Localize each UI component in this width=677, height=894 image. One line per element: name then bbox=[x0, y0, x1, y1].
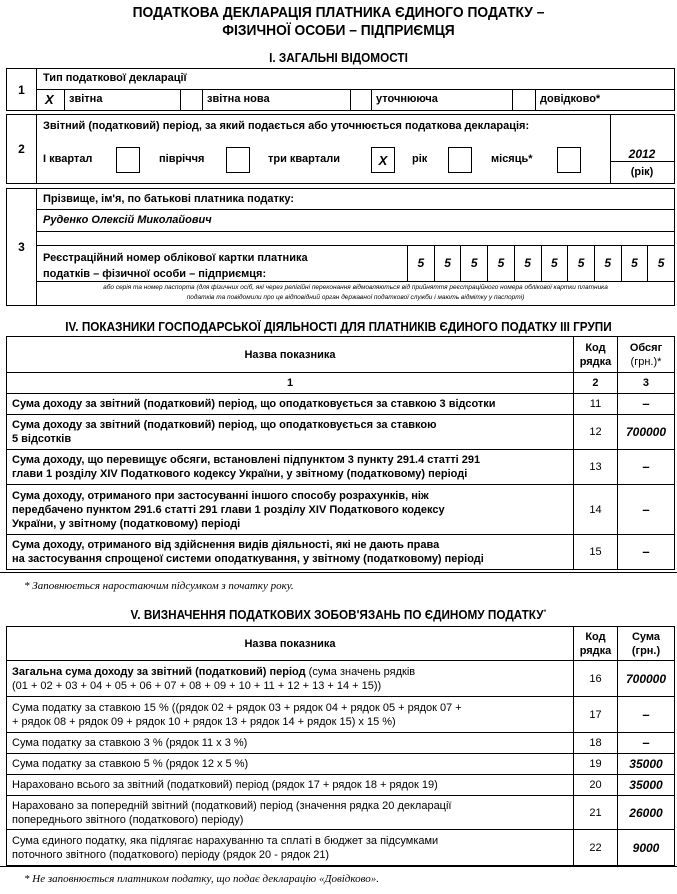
header-amount: Сума(грн.) bbox=[617, 627, 674, 661]
table-row: Сума доходу за звітний (податковий) пері… bbox=[7, 415, 675, 450]
period-checkbox-three-quarters[interactable]: X bbox=[371, 147, 395, 173]
document-title: ПОДАТКОВА ДЕКЛАРАЦІЯ ПЛАТНИКА ЄДИНОГО ПО… bbox=[27, 4, 650, 40]
row-name-text: Сума доходу, отриманого при застосуванні… bbox=[12, 490, 445, 530]
table-row: Нараховано всього за звітний (податковий… bbox=[7, 775, 675, 796]
block-number: 1 bbox=[7, 69, 37, 110]
passport-note: або серія та номер паспорта (для фізични… bbox=[37, 283, 674, 303]
row-value[interactable]: 9000 bbox=[617, 830, 674, 866]
header-code-line1: Код bbox=[579, 630, 612, 644]
block-number: 3 bbox=[7, 189, 37, 305]
row-code: 17 bbox=[574, 697, 618, 733]
row-name-text: Сума податку за ставкою 15 % ((рядок 02 … bbox=[12, 702, 462, 728]
declaration-type-label: Тип податкової декларації bbox=[43, 72, 187, 84]
reg-number-label: Реєстраційний номер облікової картки пла… bbox=[43, 250, 308, 282]
row-name-text: Сума податку за ставкою 3 % (рядок 11 х … bbox=[12, 737, 247, 749]
row-name-text: Сума доходу за звітний (податковий) пері… bbox=[12, 419, 436, 445]
row-name: Сума податку за ставкою 5 % (рядок 12 х … bbox=[7, 754, 574, 775]
section-5-footnote: * Не заповнюється платником податку, що … bbox=[24, 873, 379, 885]
reg-digit-cell[interactable]: 5 bbox=[567, 245, 594, 281]
reg-digit-cell[interactable]: 5 bbox=[460, 245, 487, 281]
row-name: Сума податку за ставкою 3 % (рядок 11 х … bbox=[7, 733, 574, 754]
row-name-bold: Загальна сума доходу за звітний (податко… bbox=[12, 666, 306, 678]
declaration-type-block: 1 Тип податкової декларації X звітна зві… bbox=[6, 68, 675, 111]
row-value[interactable]: 700000 bbox=[617, 661, 674, 697]
table-row: Сума доходу за звітний (податковий) пері… bbox=[7, 394, 675, 415]
row-code: 19 bbox=[574, 754, 618, 775]
row-value[interactable]: – bbox=[617, 450, 674, 485]
period-checkbox-year[interactable] bbox=[448, 147, 472, 173]
column-number-1: 1 bbox=[7, 373, 574, 394]
header-amount-line2: (грн.) bbox=[623, 644, 669, 658]
row-code: 11 bbox=[574, 394, 618, 415]
row-name: Нараховано за попередній звітний (податк… bbox=[7, 796, 574, 830]
reg-digit-cell[interactable]: 5 bbox=[407, 245, 434, 281]
block-number: 2 bbox=[7, 115, 37, 183]
row-name: Сума доходу, що перевищує обсяги, встано… bbox=[7, 450, 574, 485]
option-label-zvitna: звітна bbox=[69, 93, 102, 105]
row-name: Нараховано всього за звітний (податковий… bbox=[7, 775, 574, 796]
reg-digit-cell[interactable]: 5 bbox=[647, 245, 674, 281]
reg-digit-cell[interactable]: 5 bbox=[514, 245, 541, 281]
period-checkbox-half-year[interactable] bbox=[226, 147, 250, 173]
table-row: Сума податку за ставкою 15 % ((рядок 02 … bbox=[7, 697, 675, 733]
row-name-text: Сума доходу, що перевищує обсяги, встано… bbox=[12, 454, 480, 480]
row-name: Сума податку за ставкою 15 % ((рядок 02 … bbox=[7, 697, 574, 733]
header-code-line2: рядка bbox=[579, 644, 612, 658]
period-label-half-year: півріччя bbox=[159, 153, 204, 165]
row-code: 18 bbox=[574, 733, 618, 754]
option-label-zvitna-nova: звітна нова bbox=[207, 93, 270, 105]
period-checkbox-month[interactable] bbox=[557, 147, 581, 173]
row-name: Сума доходу, отриманого від здійснення в… bbox=[7, 535, 574, 570]
row-code: 15 bbox=[574, 535, 618, 570]
taxpayer-name-label: Прізвище, ім'я, по батькові платника под… bbox=[43, 193, 294, 205]
header-amount: Обсяг(грн.)* bbox=[617, 337, 674, 373]
row-value[interactable]: 26000 bbox=[617, 796, 674, 830]
column-number-2: 2 bbox=[574, 373, 618, 394]
row-code: 14 bbox=[574, 485, 618, 535]
row-name-text: Сума доходу за звітний (податковий) пері… bbox=[12, 398, 496, 410]
section-4-title: IV. ПОКАЗНИКИ ГОСПОДАРСЬКОЇ ДІЯЛЬНОСТІ Д… bbox=[20, 320, 656, 334]
row-value[interactable]: – bbox=[617, 697, 674, 733]
header-amount-line1: Обсяг bbox=[623, 341, 669, 355]
option-label-utochniuiucha: уточнююча bbox=[376, 93, 438, 105]
table-header-row: Назва показника Кодрядка Обсяг(грн.)* bbox=[7, 337, 675, 373]
header-amount-line2: (грн.)* bbox=[623, 355, 669, 369]
row-value[interactable]: – bbox=[617, 733, 674, 754]
row-value[interactable]: – bbox=[617, 394, 674, 415]
reporting-period-block: 2 Звітний (податковий) період, за який п… bbox=[6, 114, 675, 184]
row-code: 20 bbox=[574, 775, 618, 796]
header-name: Назва показника bbox=[7, 337, 574, 373]
reporting-period-label: Звітний (податковий) період, за який под… bbox=[43, 120, 529, 132]
table-row: Нараховано за попередній звітний (податк… bbox=[7, 796, 675, 830]
row-name-text: Сума податку за ставкою 5 % (рядок 12 х … bbox=[12, 758, 248, 770]
row-value[interactable]: – bbox=[617, 485, 674, 535]
option-label-dovidkovo: довідково* bbox=[540, 93, 600, 105]
taxpayer-block: 3 Прізвище, ім'я, по батькові платника п… bbox=[6, 188, 675, 306]
header-amount-line1: Сума bbox=[623, 630, 669, 644]
option-mark-zvitna[interactable]: X bbox=[45, 92, 54, 107]
period-label-three-quarters: три квартали bbox=[268, 153, 340, 165]
reg-digit-cell[interactable]: 5 bbox=[541, 245, 568, 281]
year-caption: (рік) bbox=[610, 166, 674, 178]
period-label-year: рік bbox=[412, 153, 427, 165]
row-code: 13 bbox=[574, 450, 618, 485]
table-header-row: Назва показника Кодрядка Сума(грн.) bbox=[7, 627, 675, 661]
row-name: Сума єдиного податку, яка підлягає нарах… bbox=[7, 830, 574, 866]
header-code: Кодрядка bbox=[574, 337, 618, 373]
taxpayer-name-value[interactable]: Руденко Олексій Миколайович bbox=[43, 214, 212, 226]
document-title-line2: ФІЗИЧНОЇ ОСОБИ – ПІДПРИЄМЦЯ bbox=[27, 22, 650, 40]
reg-digit-cell[interactable]: 5 bbox=[594, 245, 621, 281]
row-name-text: Сума єдиного податку, яка підлягає нарах… bbox=[12, 835, 438, 861]
section-5-title-text: V. ВИЗНАЧЕННЯ ПОДАТКОВИХ ЗОБОВ'ЯЗАНЬ ПО … bbox=[131, 608, 544, 622]
reg-digit-cell[interactable]: 5 bbox=[487, 245, 514, 281]
period-label-q1: І квартал bbox=[43, 153, 92, 165]
section-5-table: Назва показника Кодрядка Сума(грн.) Зага… bbox=[6, 626, 675, 866]
row-name: Сума доходу за звітний (податковий) пері… bbox=[7, 415, 574, 450]
row-name: Сума доходу, отриманого при застосуванні… bbox=[7, 485, 574, 535]
reg-digit-cell[interactable]: 5 bbox=[434, 245, 461, 281]
section-5-title: V. ВИЗНАЧЕННЯ ПОДАТКОВИХ ЗОБОВ'ЯЗАНЬ ПО … bbox=[20, 608, 656, 622]
table-row: Сума єдиного податку, яка підлягає нарах… bbox=[7, 830, 675, 866]
section-4-footnote: * Заповнюється наростаючим підсумком з п… bbox=[24, 580, 294, 592]
row-name: Сума доходу за звітний (податковий) пері… bbox=[7, 394, 574, 415]
reg-number-label-line2: податків – фізичної особи – підприємця: bbox=[43, 266, 308, 282]
row-value[interactable]: 700000 bbox=[617, 415, 674, 450]
row-code: 22 bbox=[574, 830, 618, 866]
header-code-line1: Код bbox=[579, 341, 612, 355]
row-name-text: Сума доходу, отриманого від здійснення в… bbox=[12, 539, 484, 565]
row-code: 16 bbox=[574, 661, 618, 697]
passport-note-line2: податків та повідомили про це відповідни… bbox=[37, 293, 674, 303]
document-title-line1: ПОДАТКОВА ДЕКЛАРАЦІЯ ПЛАТНИКА ЄДИНОГО ПО… bbox=[27, 4, 650, 22]
row-code: 21 bbox=[574, 796, 618, 830]
period-label-month: місяць* bbox=[491, 153, 533, 165]
row-value[interactable]: 35000 bbox=[617, 775, 674, 796]
section-4-table: Назва показника Кодрядка Обсяг(грн.)* 1 … bbox=[6, 336, 675, 570]
column-number-row: 1 2 3 bbox=[7, 373, 675, 394]
passport-note-line1: або серія та номер паспорта (для фізични… bbox=[37, 283, 674, 293]
reg-number-label-line1: Реєстраційний номер облікової картки пла… bbox=[43, 250, 308, 266]
header-code: Кодрядка bbox=[574, 627, 618, 661]
row-name-text: Нараховано за попередній звітний (податк… bbox=[12, 800, 451, 826]
row-value[interactable]: 35000 bbox=[617, 754, 674, 775]
section-1-title: І. ЗАГАЛЬНІ ВІДОМОСТІ bbox=[20, 51, 656, 65]
row-code: 12 bbox=[574, 415, 618, 450]
header-code-line2: рядка bbox=[579, 355, 612, 369]
year-value[interactable]: 2012 bbox=[610, 147, 674, 161]
reg-digit-cell[interactable]: 5 bbox=[621, 245, 648, 281]
table-row: Сума доходу, отриманого від здійснення в… bbox=[7, 535, 675, 570]
table-row: Сума податку за ставкою 3 % (рядок 11 х … bbox=[7, 733, 675, 754]
table-row: Сума доходу, отриманого при застосуванні… bbox=[7, 485, 675, 535]
row-name-text: Нараховано всього за звітний (податковий… bbox=[12, 779, 438, 791]
table-row: Сума податку за ставкою 5 % (рядок 12 х … bbox=[7, 754, 675, 775]
period-checkbox-q1[interactable] bbox=[116, 147, 140, 173]
row-value[interactable]: – bbox=[617, 535, 674, 570]
table-row: Сума доходу, що перевищує обсяги, встано… bbox=[7, 450, 675, 485]
row-name: Загальна сума доходу за звітний (податко… bbox=[7, 661, 574, 697]
column-number-3: 3 bbox=[617, 373, 674, 394]
header-name: Назва показника bbox=[7, 627, 574, 661]
table-row: Загальна сума доходу за звітний (податко… bbox=[7, 661, 675, 697]
section-5-title-mark: * bbox=[544, 608, 547, 617]
